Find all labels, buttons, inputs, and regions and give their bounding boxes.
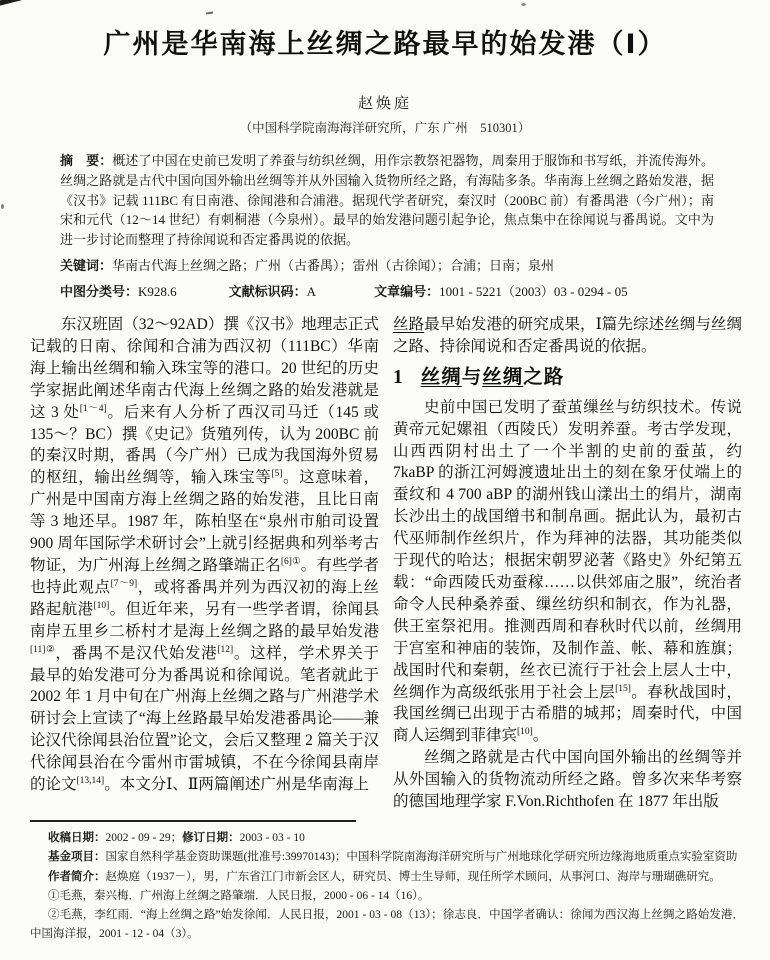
keywords-label: 关键词： bbox=[60, 258, 112, 273]
keywords-section: 关键词：华南古代海上丝绸之路；广州（古番禺）；雷州（古徐闻）；合浦；日南；泉州 bbox=[60, 256, 714, 275]
footnotes-section: 收稿日期：2002 - 09 - 29；修订日期：2003 - 03 - 10 … bbox=[30, 820, 744, 945]
scan-speck bbox=[206, 12, 213, 15]
right-column: 丝路最早始发港的研究成果，Ⅰ篇先综述丝绸与丝绸之路、持徐闻说和否定番禺说的依据。… bbox=[393, 314, 742, 824]
footnote-note-1: ①毛燕，秦兴梅．广州海上丝绸之路肇端．人民日报，2000 - 06 - 14（1… bbox=[30, 887, 744, 906]
article-id-label: 文章编号： bbox=[374, 284, 439, 299]
abstract-label: 摘 要： bbox=[60, 153, 112, 168]
scan-artifact-corner bbox=[0, 0, 23, 6]
footnote-dates: 收稿日期：2002 - 09 - 29；修订日期：2003 - 03 - 10 bbox=[30, 829, 744, 848]
author-affiliation: （中国科学院南海海洋研究所，广东 广州 510301） bbox=[0, 118, 770, 136]
body-paragraph-3: 丝绸之路就是古代中国向国外输出的丝绸等并从外国输入的货物流动所经之路。曾多次来华… bbox=[393, 747, 742, 813]
clc-label: 中图分类号： bbox=[60, 284, 138, 299]
page-title: 广州是华南海上丝绸之路最早的始发港（Ⅰ） bbox=[0, 22, 770, 61]
left-column: 东汉班固（32～92AD）撰《汉书》地理志正式记载的日南、徐闻和合浦为西汉初（1… bbox=[30, 314, 379, 824]
doc-code-value: A bbox=[307, 284, 316, 299]
section-heading: 1丝绸与丝绸之路 bbox=[393, 367, 742, 389]
doc-code-item: 文献标识码：A bbox=[229, 281, 316, 300]
scan-speck bbox=[1, 204, 4, 209]
classification-line: 中图分类号：K928.6 文献标识码：A 文章编号：1001 - 5221（20… bbox=[60, 281, 714, 300]
footnote-fund: 基金项目：国家自然科学基金资助课题(批准号:39970143)；中国科学院南海海… bbox=[30, 848, 744, 867]
footnote-author-bio: 作者简介：赵焕庭（1937－），男，广东省江门市新会区人，研究员、博士生导师，现… bbox=[30, 868, 744, 887]
doc-code-label: 文献标识码： bbox=[229, 284, 307, 299]
paper-page: 广州是华南海上丝绸之路最早的始发港（Ⅰ） 赵焕庭 （中国科学院南海海洋研究所，广… bbox=[0, 0, 770, 960]
body-columns: 东汉班固（32～92AD）撰《汉书》地理志正式记载的日南、徐闻和合浦为西汉初（1… bbox=[30, 314, 742, 824]
footnote-divider bbox=[30, 820, 356, 822]
article-id-value: 1001 - 5221（2003）03 - 0294 - 05 bbox=[439, 284, 628, 299]
article-id-item: 文章编号：1001 - 5221（2003）03 - 0294 - 05 bbox=[374, 281, 628, 300]
clc-value: K928.6 bbox=[138, 284, 177, 299]
abstract-text: 概述了中国在史前已发明了养蚕与纺织丝绸，用作宗教祭祀器物，周秦用于服饰和书写纸，… bbox=[60, 153, 714, 247]
footnote-note-2: ②毛燕，李红雨．“海上丝绸之路”始发徐闻．人民日报，2001 - 03 - 08… bbox=[30, 906, 744, 945]
scan-speck bbox=[521, 3, 526, 6]
clc-item: 中图分类号：K928.6 bbox=[60, 281, 177, 300]
section-title: 丝绸与丝绸之路 bbox=[421, 367, 565, 388]
body-paragraph-1: 东汉班固（32～92AD）撰《汉书》地理志正式记载的日南、徐闻和合浦为西汉初（1… bbox=[30, 314, 379, 796]
body-paragraph-continuation: 丝路最早始发港的研究成果，Ⅰ篇先综述丝绸与丝绸之路、持徐闻说和否定番禺说的依据。 bbox=[393, 314, 742, 358]
keywords-text: 华南古代海上丝绸之路；广州（古番禺）；雷州（古徐闻）；合浦；日南；泉州 bbox=[112, 258, 554, 273]
body-paragraph-2: 史前中国已发明了蚕茧缫丝与纺织技术。传说黄帝元妃嫘祖（西陵氏）发明养蚕。考古学发… bbox=[393, 397, 742, 748]
author-name: 赵焕庭 bbox=[0, 92, 770, 113]
abstract-section: 摘 要：概述了中国在史前已发明了养蚕与纺织丝绸，用作宗教祭祀器物，周秦用于服饰和… bbox=[60, 151, 714, 250]
section-number: 1 bbox=[393, 367, 403, 388]
